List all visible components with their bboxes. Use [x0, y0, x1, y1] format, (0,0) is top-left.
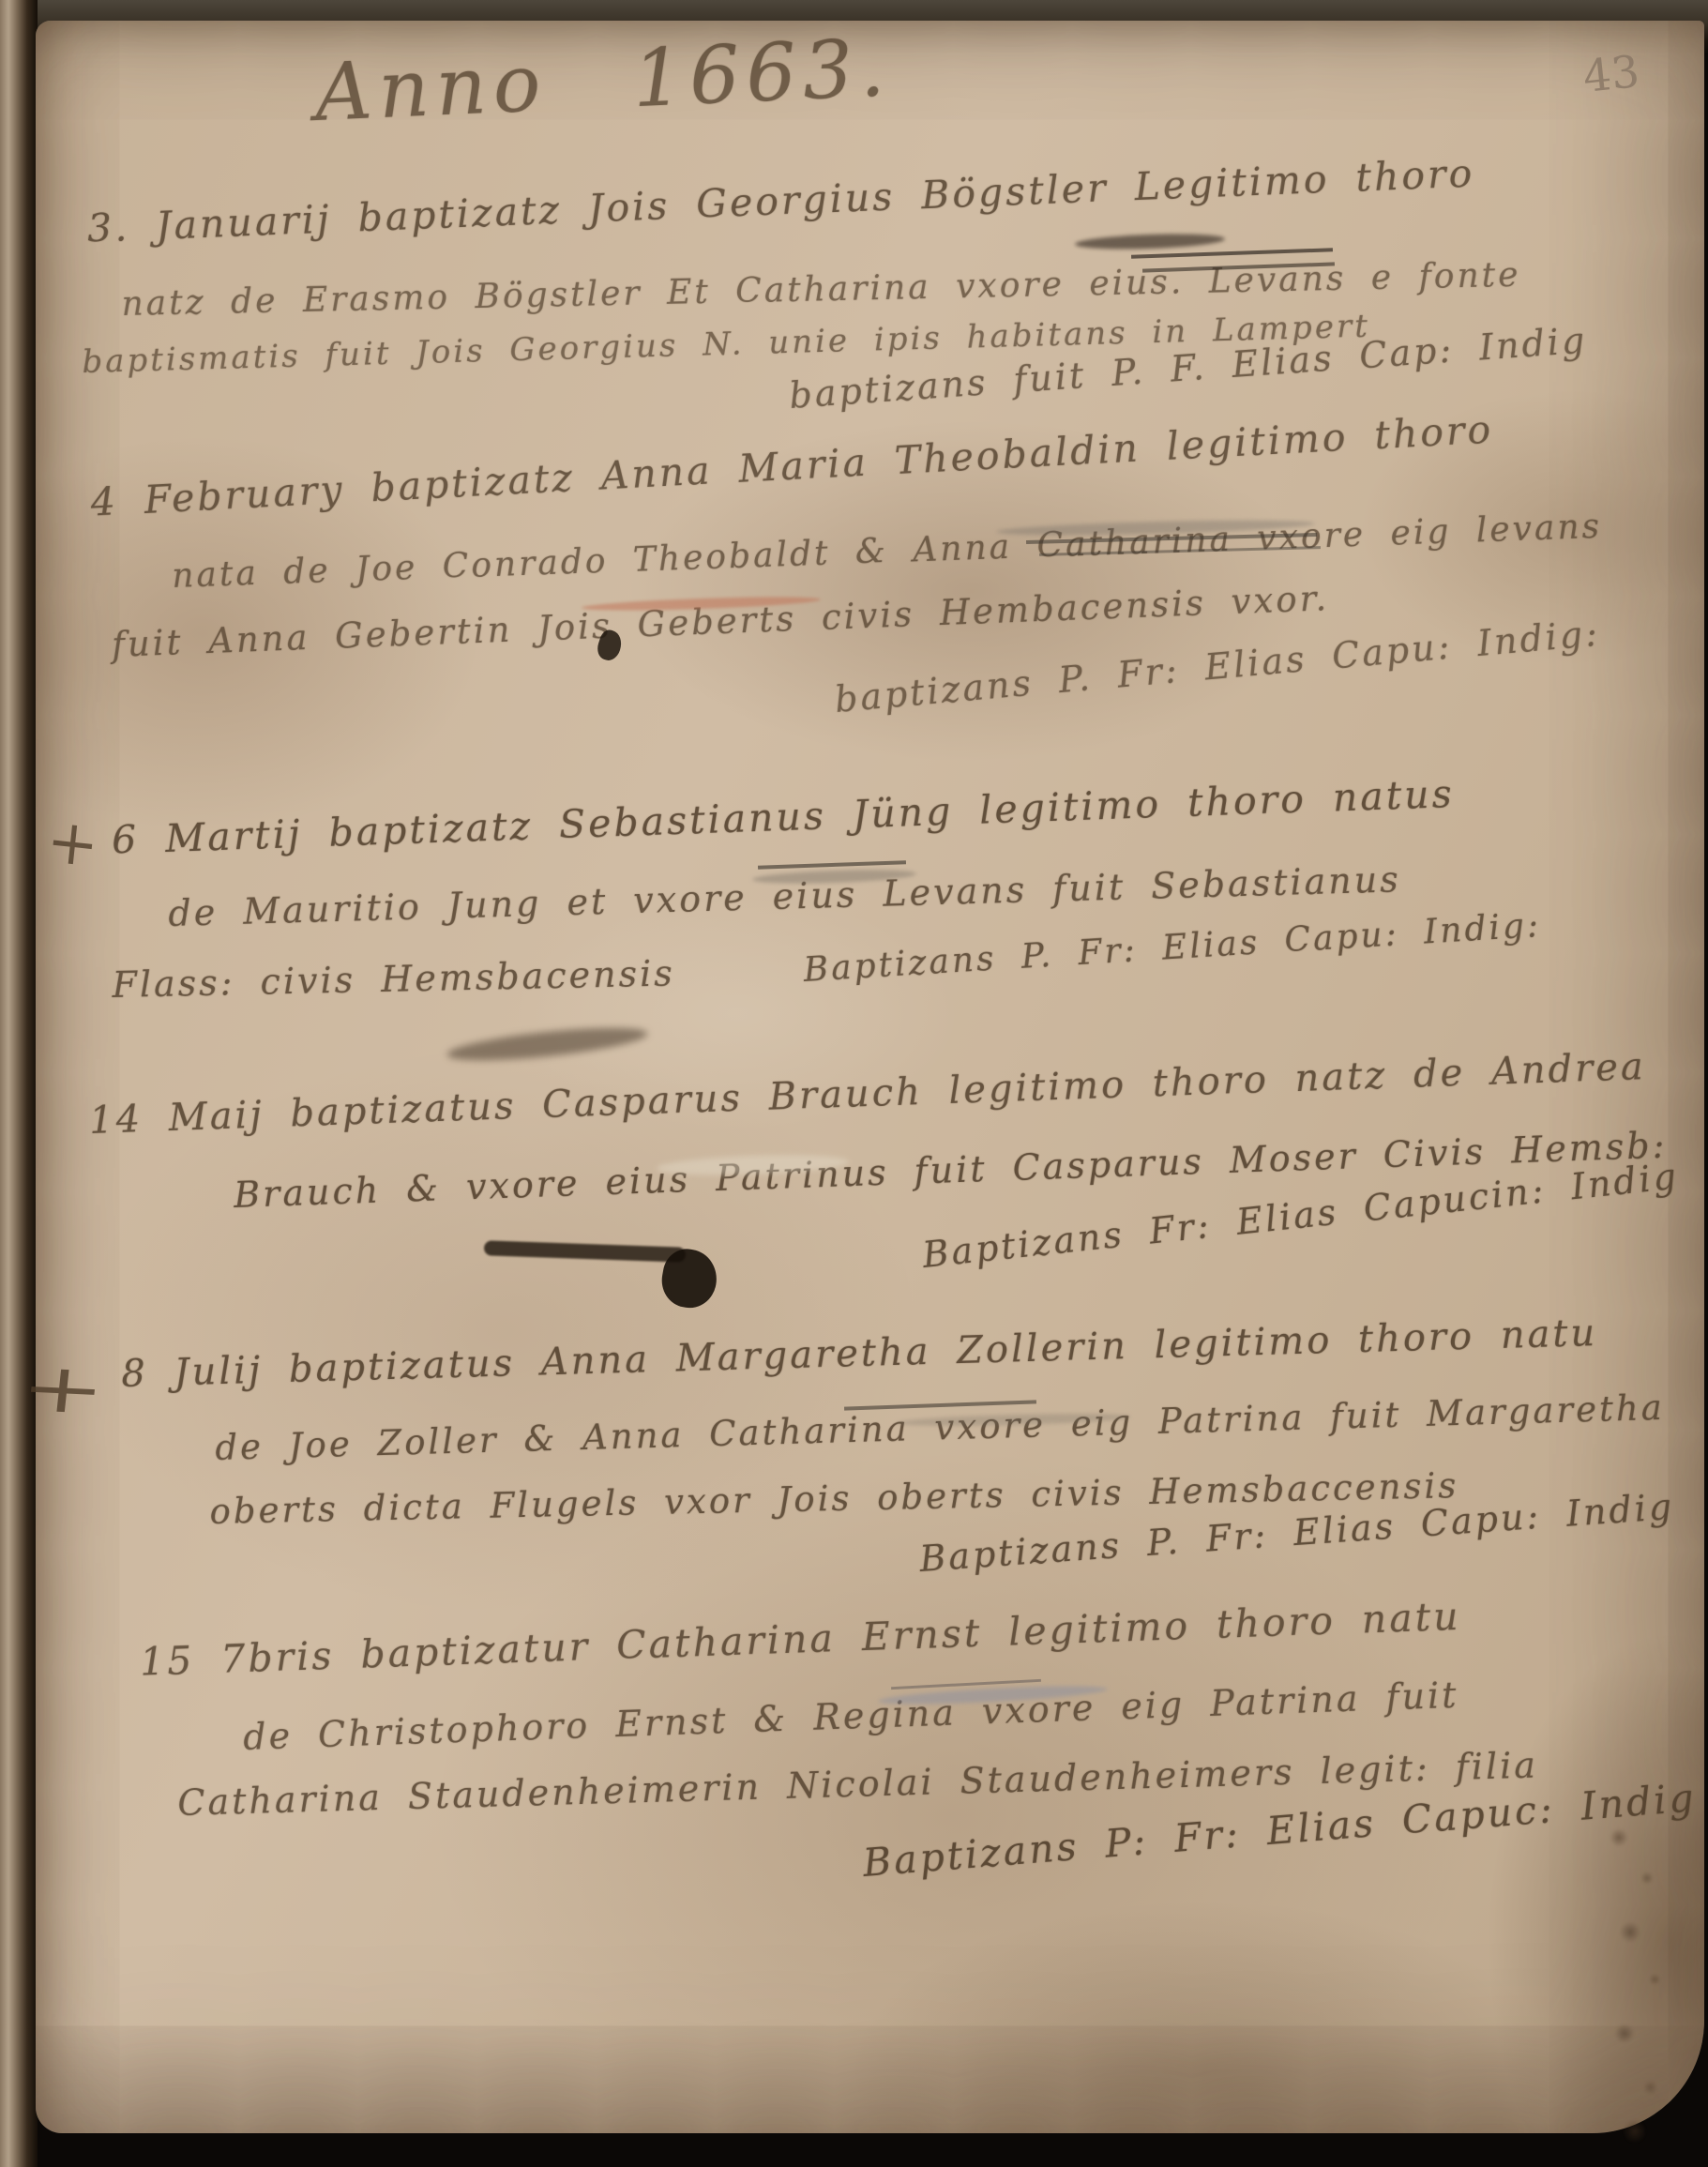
margin-cross-mark: +: [17, 1348, 110, 1431]
margin-cross-mark: +: [43, 804, 102, 881]
underline-stroke: [1131, 248, 1333, 259]
ink-smear-bar: [484, 1240, 686, 1262]
entry-line: de Christophoro Ernst & Regina vxore eig…: [242, 1674, 1459, 1758]
entry-line-baptizans: Baptizans P. Fr: Elias Capu: Indig:: [802, 906, 1542, 990]
entry-line: de Joe Zoller & Anna Catharina vxore eig…: [215, 1387, 1666, 1468]
page-edge-stains: [1585, 1811, 1698, 2148]
book-binding-edge: [0, 0, 38, 2167]
entry-line: 4 February baptizatz Anna Maria Theobald…: [89, 407, 1494, 525]
entry-line: de Mauritio Jung et vxore eius Levans fu…: [168, 858, 1401, 934]
entry-line: 15 7bris baptizatur Catharina Ernst legi…: [139, 1594, 1461, 1685]
entry-line: Flass: civis Hemsbacensis: [112, 952, 675, 1006]
entry-line: 8 Julij baptizatus Anna Margaretha Zolle…: [121, 1311, 1598, 1396]
folio-number: 43: [1580, 46, 1641, 103]
entry-line: 6 Martij baptizatz Sebastianus Jüng legi…: [111, 771, 1455, 863]
ink-smear: [1075, 232, 1225, 251]
entry-line: nata de Joe Conrado Theobaldt & Anna Cat…: [172, 508, 1603, 596]
entry-line: 3. Januarij baptizatz Jois Georgius Bögs…: [86, 151, 1475, 251]
manuscript-page: 43 Anno 1663. 3. Januarij baptizatz Jois…: [36, 21, 1704, 2133]
underline-stroke: [891, 1679, 1041, 1690]
underline-stroke: [758, 860, 906, 870]
dark-ink-streak: [446, 1022, 649, 1067]
page-title: Anno 1663.: [313, 22, 893, 139]
scanned-manuscript: 43 Anno 1663. 3. Januarij baptizatz Jois…: [0, 0, 1708, 2167]
entry-line: 14 Maij baptizatus Casparus Brauch legit…: [88, 1045, 1646, 1143]
ink-blot: [658, 1245, 721, 1311]
